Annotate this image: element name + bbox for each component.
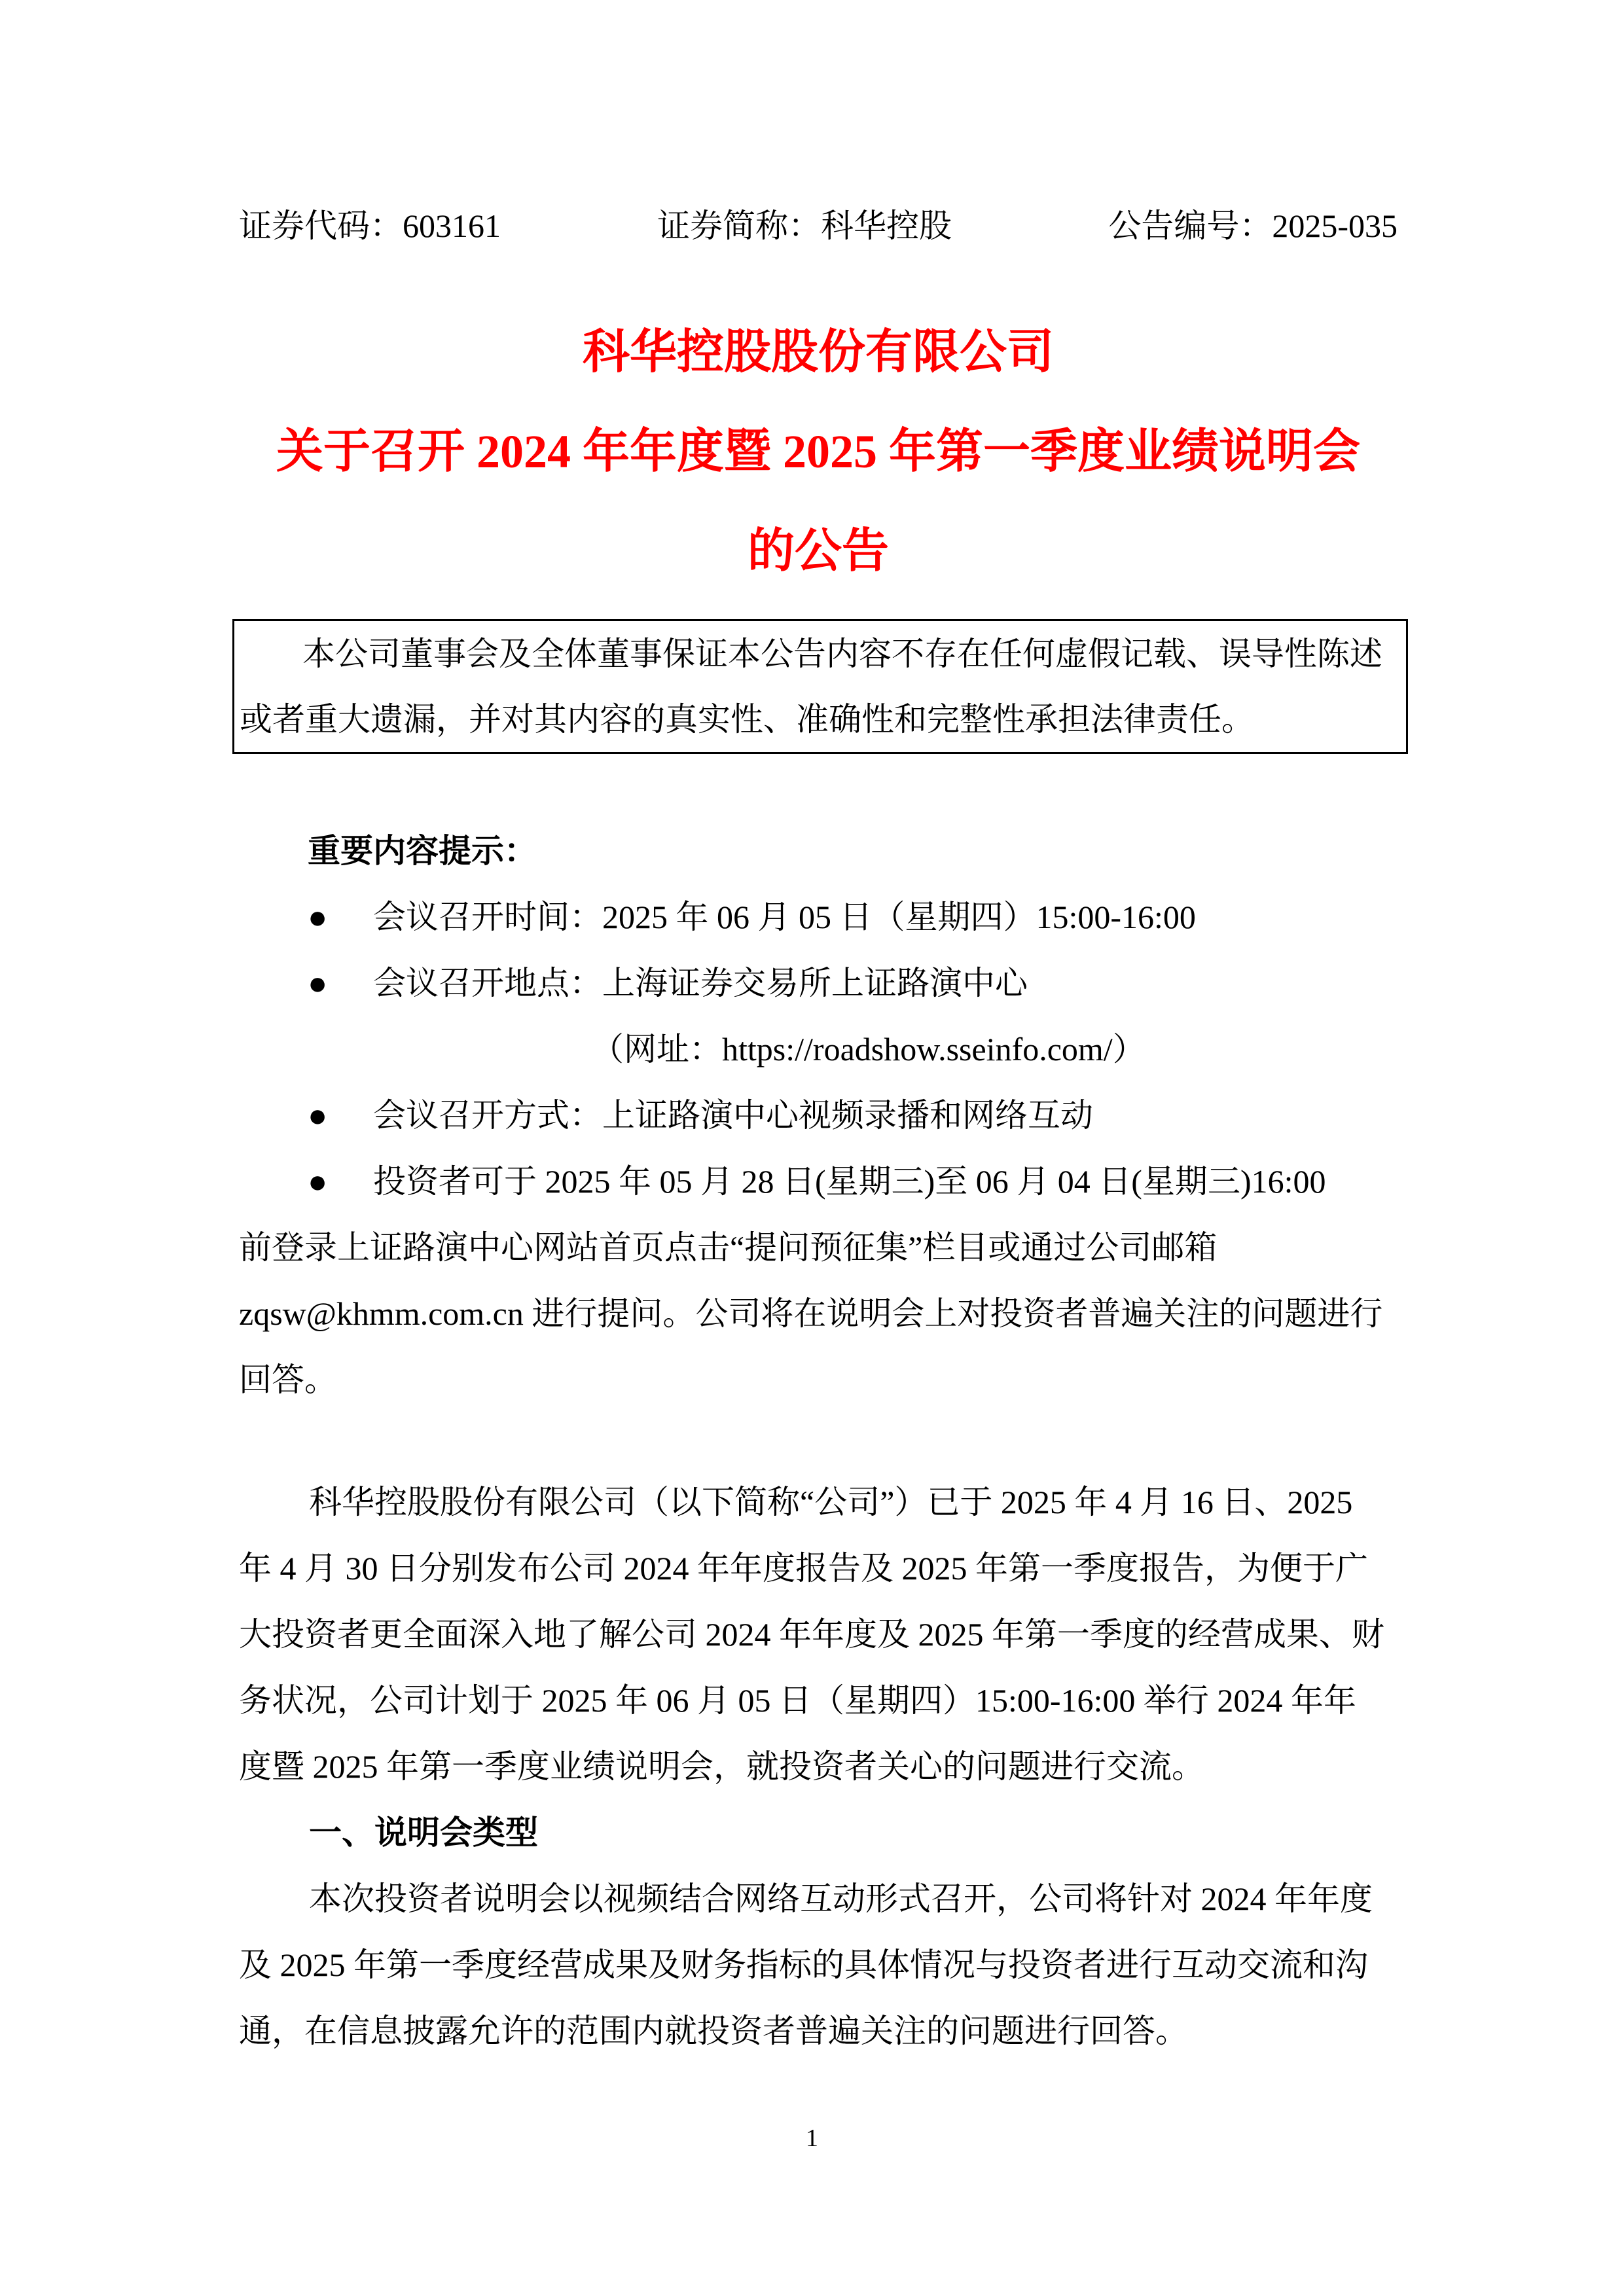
paragraph-line: 本次投资者说明会以视频结合网络互动形式召开，公司将针对 2024 年年度 [239, 1866, 1398, 1932]
disclaimer-line: 本公司董事会及全体董事保证本公告内容不存在任何虚假记载、误导性陈述 [240, 621, 1401, 687]
highlight-text: 投资者可于 2025 年 05 月 28 日(星期三)至 06 月 04 日(星… [373, 1163, 1326, 1200]
paragraph-line: 大投资者更全面深入地了解公司 2024 年年度及 2025 年第一季度的经营成果… [239, 1602, 1398, 1668]
highlight-continuation-line: zqsw@khmm.com.cn 进行提问。公司将在说明会上对投资者普遍关注的问… [239, 1281, 1398, 1347]
announcement-number: 公告编号：2025-035 [1108, 208, 1398, 243]
bullet-icon: ● [308, 884, 373, 950]
bullet-icon: ● [308, 1083, 373, 1149]
important-highlights: 重要内容提示： ●会议召开时间：2025 年 06 月 05 日（星期四）15:… [239, 818, 1398, 1413]
highlight-continuation-line: 前登录上证路演中心网站首页点击“提问预征集”栏目或通过公司邮箱 [239, 1215, 1398, 1281]
title-subject-line: 关于召开 2024 年年度暨 2025 年第一季度业绩说明会 [239, 402, 1398, 501]
highlight-text: 会议召开方式：上证路演中心视频录播和网络互动 [373, 1097, 1093, 1134]
announcement-title: 科华控股股份有限公司 关于召开 2024 年年度暨 2025 年第一季度业绩说明… [239, 302, 1398, 601]
stock-code: 证券代码：603161 [239, 208, 501, 243]
highlight-continuation-line: 回答。 [239, 1347, 1398, 1413]
paragraph-line: 通，在信息披露允许的范围内就投资者普遍关注的问题进行回答。 [239, 1998, 1398, 2064]
document-header: 证券代码：603161 证券简称：科华控股 公告编号：2025-035 [239, 0, 1398, 243]
paragraph-line: 年 4 月 30 日分别发布公司 2024 年年度报告及 2025 年第一季度报… [239, 1535, 1398, 1602]
disclaimer-line: 或者重大遗漏，并对其内容的真实性、准确性和完整性承担法律责任。 [240, 687, 1401, 752]
roadshow-url-line: （网址：https://roadshow.sseinfo.com/） [239, 1016, 1398, 1083]
highlight-item-meeting-time: ●会议召开时间：2025 年 06 月 05 日（星期四）15:00-16:00 [239, 884, 1398, 950]
highlight-text: 会议召开地点：上海证券交易所上证路演中心 [373, 965, 1028, 1001]
title-suffix-line: 的公告 [239, 501, 1398, 601]
page-number: 1 [0, 2124, 1624, 2153]
highlights-heading: 重要内容提示： [239, 818, 1398, 884]
bullet-icon: ● [308, 950, 373, 1016]
intro-paragraph: 科华控股股份有限公司（以下简称“公司”）已于 2025 年 4 月 16 日、2… [239, 1469, 1398, 1800]
document-page: 证券代码：603161 证券简称：科华控股 公告编号：2025-035 科华控股… [0, 0, 1624, 2296]
section-heading: 一、说明会类型 [239, 1800, 1398, 1866]
stock-abbr: 证券简称：科华控股 [657, 208, 952, 243]
paragraph-line: 及 2025 年第一季度经营成果及财务指标的具体情况与投资者进行互动交流和沟 [239, 1932, 1398, 1998]
paragraph-line: 度暨 2025 年第一季度业绩说明会，就投资者关心的问题进行交流。 [239, 1734, 1398, 1800]
highlight-text: 会议召开时间：2025 年 06 月 05 日（星期四）15:00-16:00 [373, 899, 1196, 935]
paragraph-line: 务状况，公司计划于 2025 年 06 月 05 日（星期四）15:00-16:… [239, 1668, 1398, 1734]
highlight-item-meeting-place: ●会议召开地点：上海证券交易所上证路演中心 [239, 950, 1398, 1016]
title-company-line: 科华控股股份有限公司 [239, 302, 1398, 402]
highlight-item-meeting-method: ●会议召开方式：上证路演中心视频录播和网络互动 [239, 1083, 1398, 1149]
disclaimer-box: 本公司董事会及全体董事保证本公告内容不存在任何虚假记载、误导性陈述 或者重大遗漏… [232, 619, 1408, 754]
bullet-icon: ● [308, 1149, 373, 1215]
highlight-item-investor-questions: ●投资者可于 2025 年 05 月 28 日(星期三)至 06 月 04 日(… [239, 1149, 1398, 1215]
section-meeting-type: 一、说明会类型 本次投资者说明会以视频结合网络互动形式召开，公司将针对 2024… [239, 1800, 1398, 2064]
paragraph-line: 科华控股股份有限公司（以下简称“公司”）已于 2025 年 4 月 16 日、2… [239, 1469, 1398, 1535]
